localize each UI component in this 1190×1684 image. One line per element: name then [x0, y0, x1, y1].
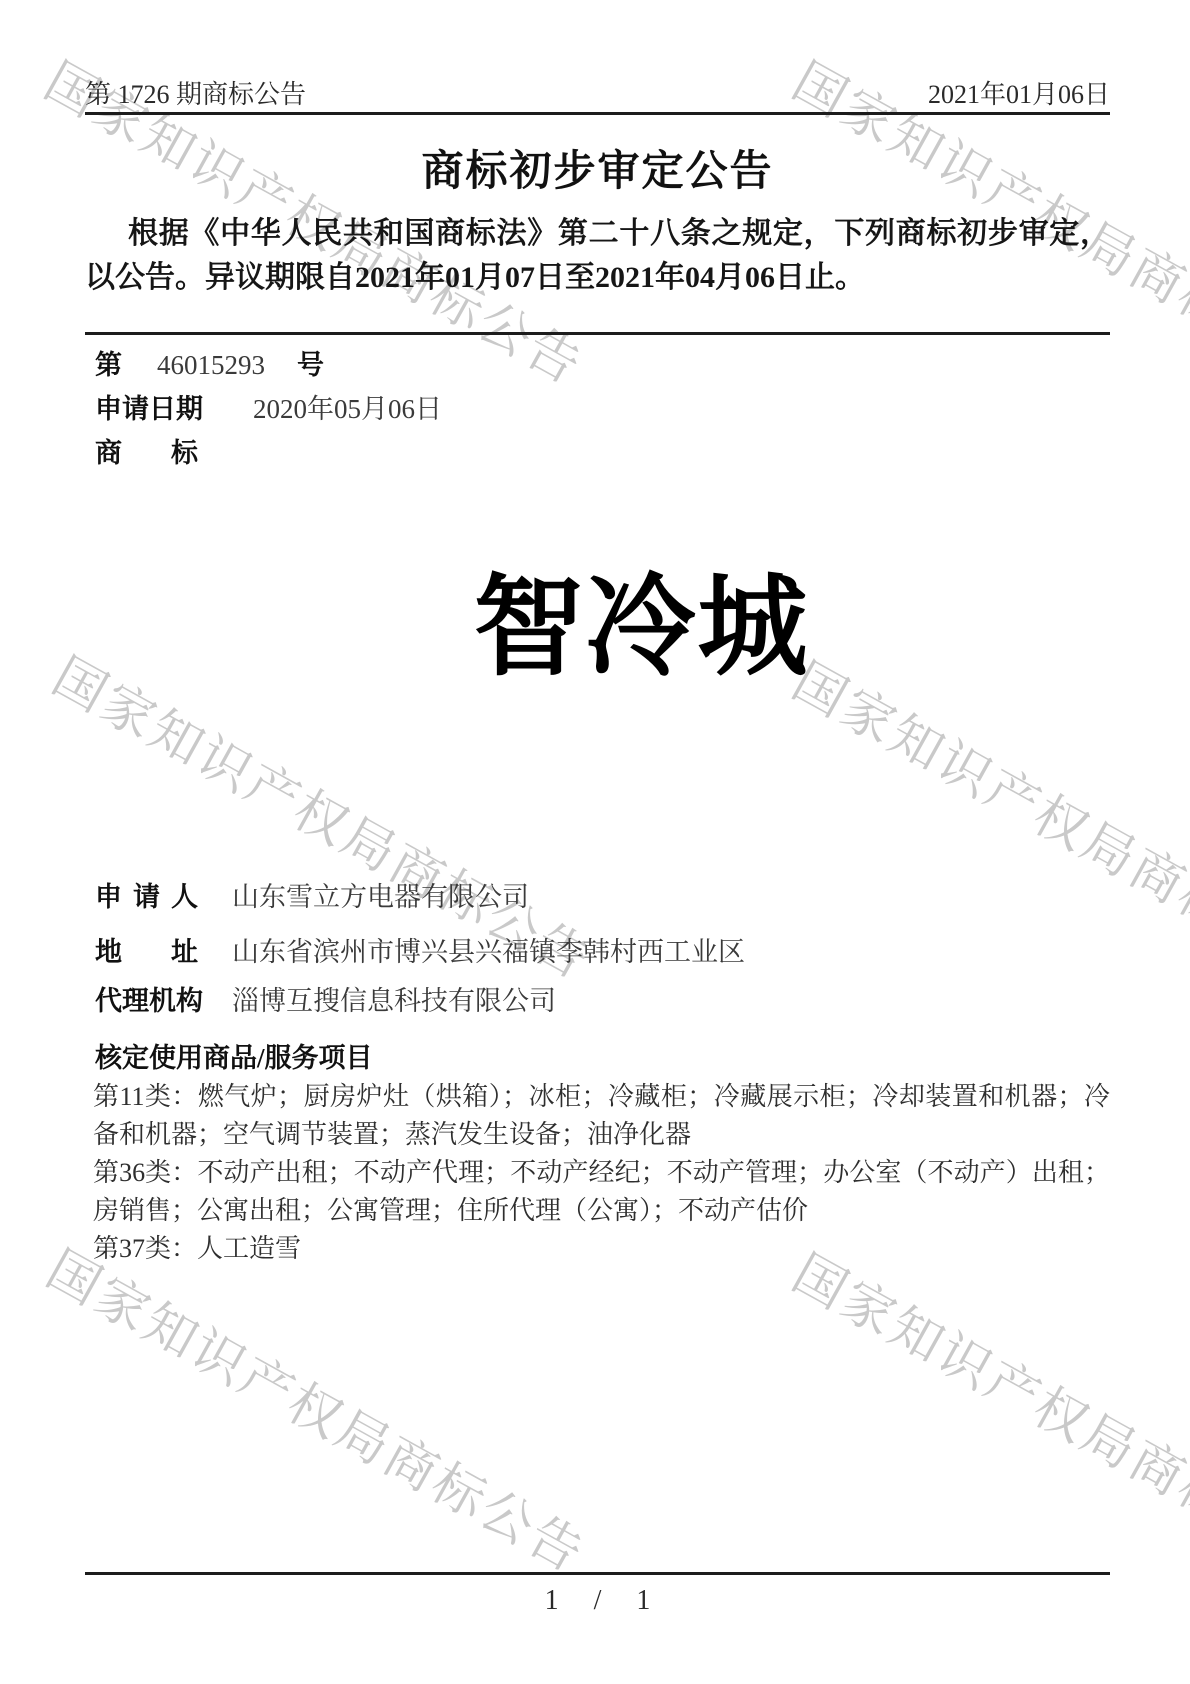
number-suffix-label: 号	[297, 348, 324, 382]
section-rule	[85, 332, 1110, 335]
application-date-label: 申请日期	[95, 392, 198, 426]
trademark-label: 商 标	[95, 436, 198, 470]
agency-label: 代理机构	[95, 984, 198, 1018]
applicant-label: 申 请 人	[95, 880, 198, 914]
application-date-value: 2020年05月06日	[253, 392, 442, 426]
header-rule	[85, 112, 1110, 115]
agency-value: 淄博互搜信息科技有限公司	[232, 984, 556, 1018]
address-value: 山东省滨州市博兴县兴福镇李韩村西工业区	[232, 935, 745, 969]
document-title: 商标初步审定公告	[85, 138, 1110, 198]
goods-line-class37: 第37类：人工造雪	[93, 1230, 1110, 1268]
page-number: 1 / 1	[85, 1585, 1110, 1617]
address-label: 地 址	[95, 935, 198, 969]
number-prefix-label: 第	[95, 348, 122, 382]
page-separator: /	[594, 1585, 602, 1616]
applicant-value: 山东雪立方电器有限公司	[232, 880, 529, 914]
intro-line: 以公告。异议期限自2021年01月07日至2021年04月06日止。	[85, 256, 1110, 300]
goods-line-class11: 第11类：燃气炉；厨房炉灶（烘箱）；冰柜；冷藏柜；冷藏展示柜；冷却装置和机器；冷…	[93, 1078, 1110, 1116]
gazette-page: 国家知识产权局商标公告 国家知识产权局商标公告 国家知识产权局商标公告 国家知识…	[0, 0, 1190, 1684]
applicant-row: 申 请 人 山东雪立方电器有限公司	[85, 880, 1120, 914]
goods-line-class36: 房销售；公寓出租；公寓管理；住所代理（公寓）；不动产估价	[93, 1192, 1110, 1230]
page-header: 第 1726 期商标公告 2021年01月06日	[85, 74, 1110, 111]
address-row: 地 址 山东省滨州市博兴县兴福镇李韩村西工业区	[85, 935, 1120, 969]
document-content: 第 1726 期商标公告 2021年01月06日 商标初步审定公告 根据《中华人…	[0, 0, 1190, 1684]
registration-number-row: 第 46015293 号	[85, 348, 1120, 382]
footer-rule	[85, 1572, 1110, 1575]
page-current: 1	[545, 1585, 559, 1616]
page-total: 1	[636, 1585, 650, 1616]
intro-paragraph: 根据《中华人民共和国商标法》第二十八条之规定，下列商标初步审定，予 以公告。异议…	[85, 212, 1110, 300]
goods-line-class36: 第36类：不动产出租；不动产代理；不动产经纪；不动产管理；办公室（不动产）出租；…	[93, 1154, 1110, 1192]
goods-services-heading: 核定使用商品/服务项目	[85, 1036, 1120, 1075]
registration-number: 46015293	[157, 348, 265, 382]
gazette-issue-label: 第 1726 期商标公告	[85, 74, 306, 111]
trademark-label-row: 商 标	[85, 436, 1120, 470]
intro-line: 根据《中华人民共和国商标法》第二十八条之规定，下列商标初步审定，予	[85, 212, 1110, 256]
goods-line-class11: 备和机器；空气调节装置；蒸汽发生设备；油净化器	[93, 1116, 1110, 1154]
agency-row: 代理机构 淄博互搜信息科技有限公司	[85, 984, 1120, 1018]
gazette-date: 2021年01月06日	[928, 74, 1110, 111]
goods-services-list: 第11类：燃气炉；厨房炉灶（烘箱）；冰柜；冷藏柜；冷藏展示柜；冷却装置和机器；冷…	[85, 1078, 1110, 1268]
application-date-row: 申请日期 2020年05月06日	[85, 392, 1120, 426]
trademark-name: 智冷城	[85, 545, 1154, 710]
